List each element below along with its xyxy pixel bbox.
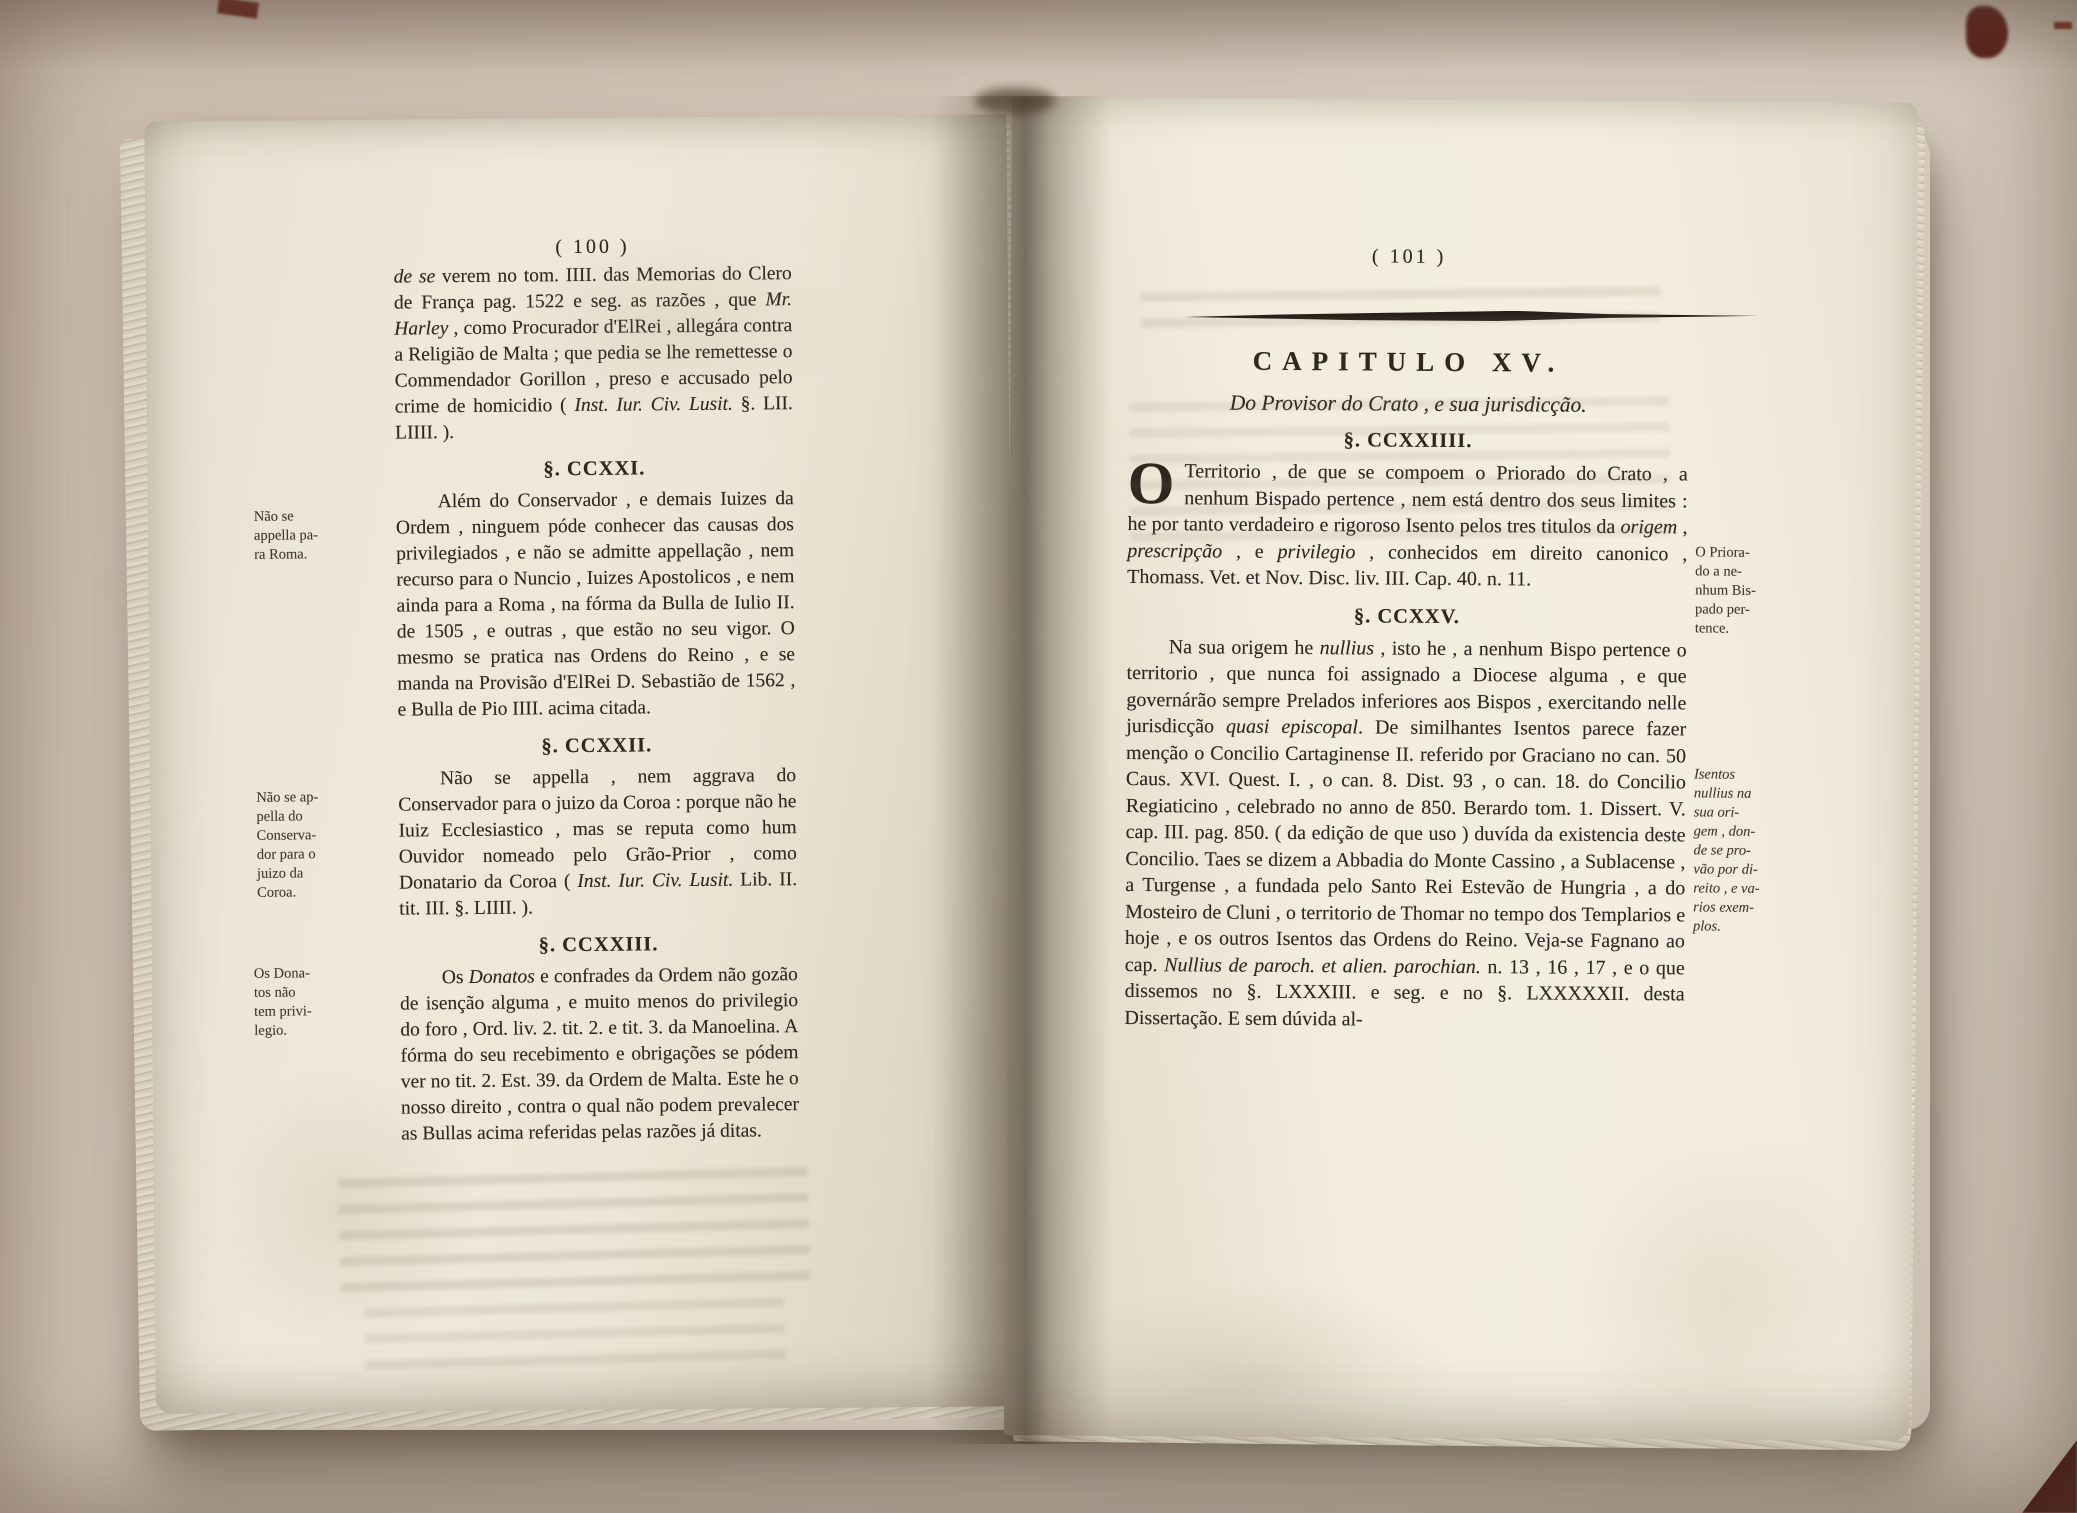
- section-body-ccxxii: Não se appella , nem aggrava do Conserva…: [398, 763, 797, 922]
- photo-top-shading: [0, 0, 2077, 70]
- section-body-ccxxv: Na sua origem he nullius , isto he , a n…: [1124, 633, 1686, 1034]
- section-heading-ccxxv: §. CCXXV.: [1127, 603, 1687, 629]
- drop-cap-letter: O: [1128, 458, 1185, 507]
- section-body-ccxxiiii-text: Territorio , de que se compoem o Priorad…: [1127, 460, 1688, 590]
- chapter-heading: CAPITULO XV.: [1128, 345, 1688, 379]
- left-intro-paragraph: de se verem no tom. IIII. das Memorias d…: [394, 261, 794, 446]
- right-page-number: ( 101 ): [1129, 244, 1689, 270]
- left-page-number: ( 100 ): [393, 234, 791, 260]
- ink-showthrough-left-bottom: [338, 1167, 811, 1299]
- section-heading-ccxxii: §. CCXXII.: [398, 733, 796, 759]
- tapered-rule: [1184, 310, 1759, 322]
- left-page-text-column: ( 100 ) de se verem no tom. IIII. das Me…: [393, 234, 799, 1147]
- spine-top-binding: [975, 88, 1055, 114]
- photo-of-open-book: ( 100 ) de se verem no tom. IIII. das Me…: [0, 0, 2077, 1513]
- paper-stain: [1044, 1277, 1465, 1480]
- right-page: ( 101 ) CAPITULO XV. Do Provisor do Crat…: [1004, 97, 1918, 1441]
- margin-note-donatos-no-privilege: Os Dona-tos nãotem privi-legio.: [254, 964, 387, 1041]
- right-page-text-column: ( 101 ) CAPITULO XV. Do Provisor do Crat…: [1124, 244, 1689, 1034]
- paper-stain: [1564, 1121, 1886, 1483]
- margin-note-no-appeal-to-rome: Não seappella pa-ra Roma.: [254, 507, 386, 565]
- section-heading-ccxxi: §. CCXXI.: [395, 456, 793, 482]
- section-body-ccxxiiii: OTerritorio , de que se compoem o Priora…: [1127, 458, 1688, 594]
- chapter-rule-row: [1129, 307, 1689, 322]
- left-page: ( 100 ) de se verem no tom. IIII. das Me…: [144, 114, 1017, 1413]
- section-body-ccxxi: Além do Conservador , e demais Iuizes da…: [396, 486, 796, 723]
- ink-showthrough-left-lower: [364, 1298, 786, 1384]
- margin-note-no-appeal-conservador: Não se ap-pella doConserva-dor para ojui…: [256, 788, 389, 903]
- section-body-ccxxiii: Os Donatos e confrades da Ordem não gozã…: [400, 962, 800, 1147]
- margin-note-priorado-no-bishopric: O Priora-do a ne-nhum Bis-pado per-tence…: [1695, 543, 1822, 639]
- section-heading-ccxxiii: §. CCXXIII.: [399, 932, 797, 958]
- red-mark-bottom-right-corner: [2022, 1440, 2077, 1513]
- section-heading-ccxxiiii: §. CCXXIIII.: [1128, 428, 1688, 454]
- chapter-subtitle: Do Provisor do Crato , e sua jurisdicção…: [1128, 390, 1688, 418]
- margin-note-isentos-nullius: Isentosnullius nasua ori-gem , don-de se…: [1693, 765, 1820, 937]
